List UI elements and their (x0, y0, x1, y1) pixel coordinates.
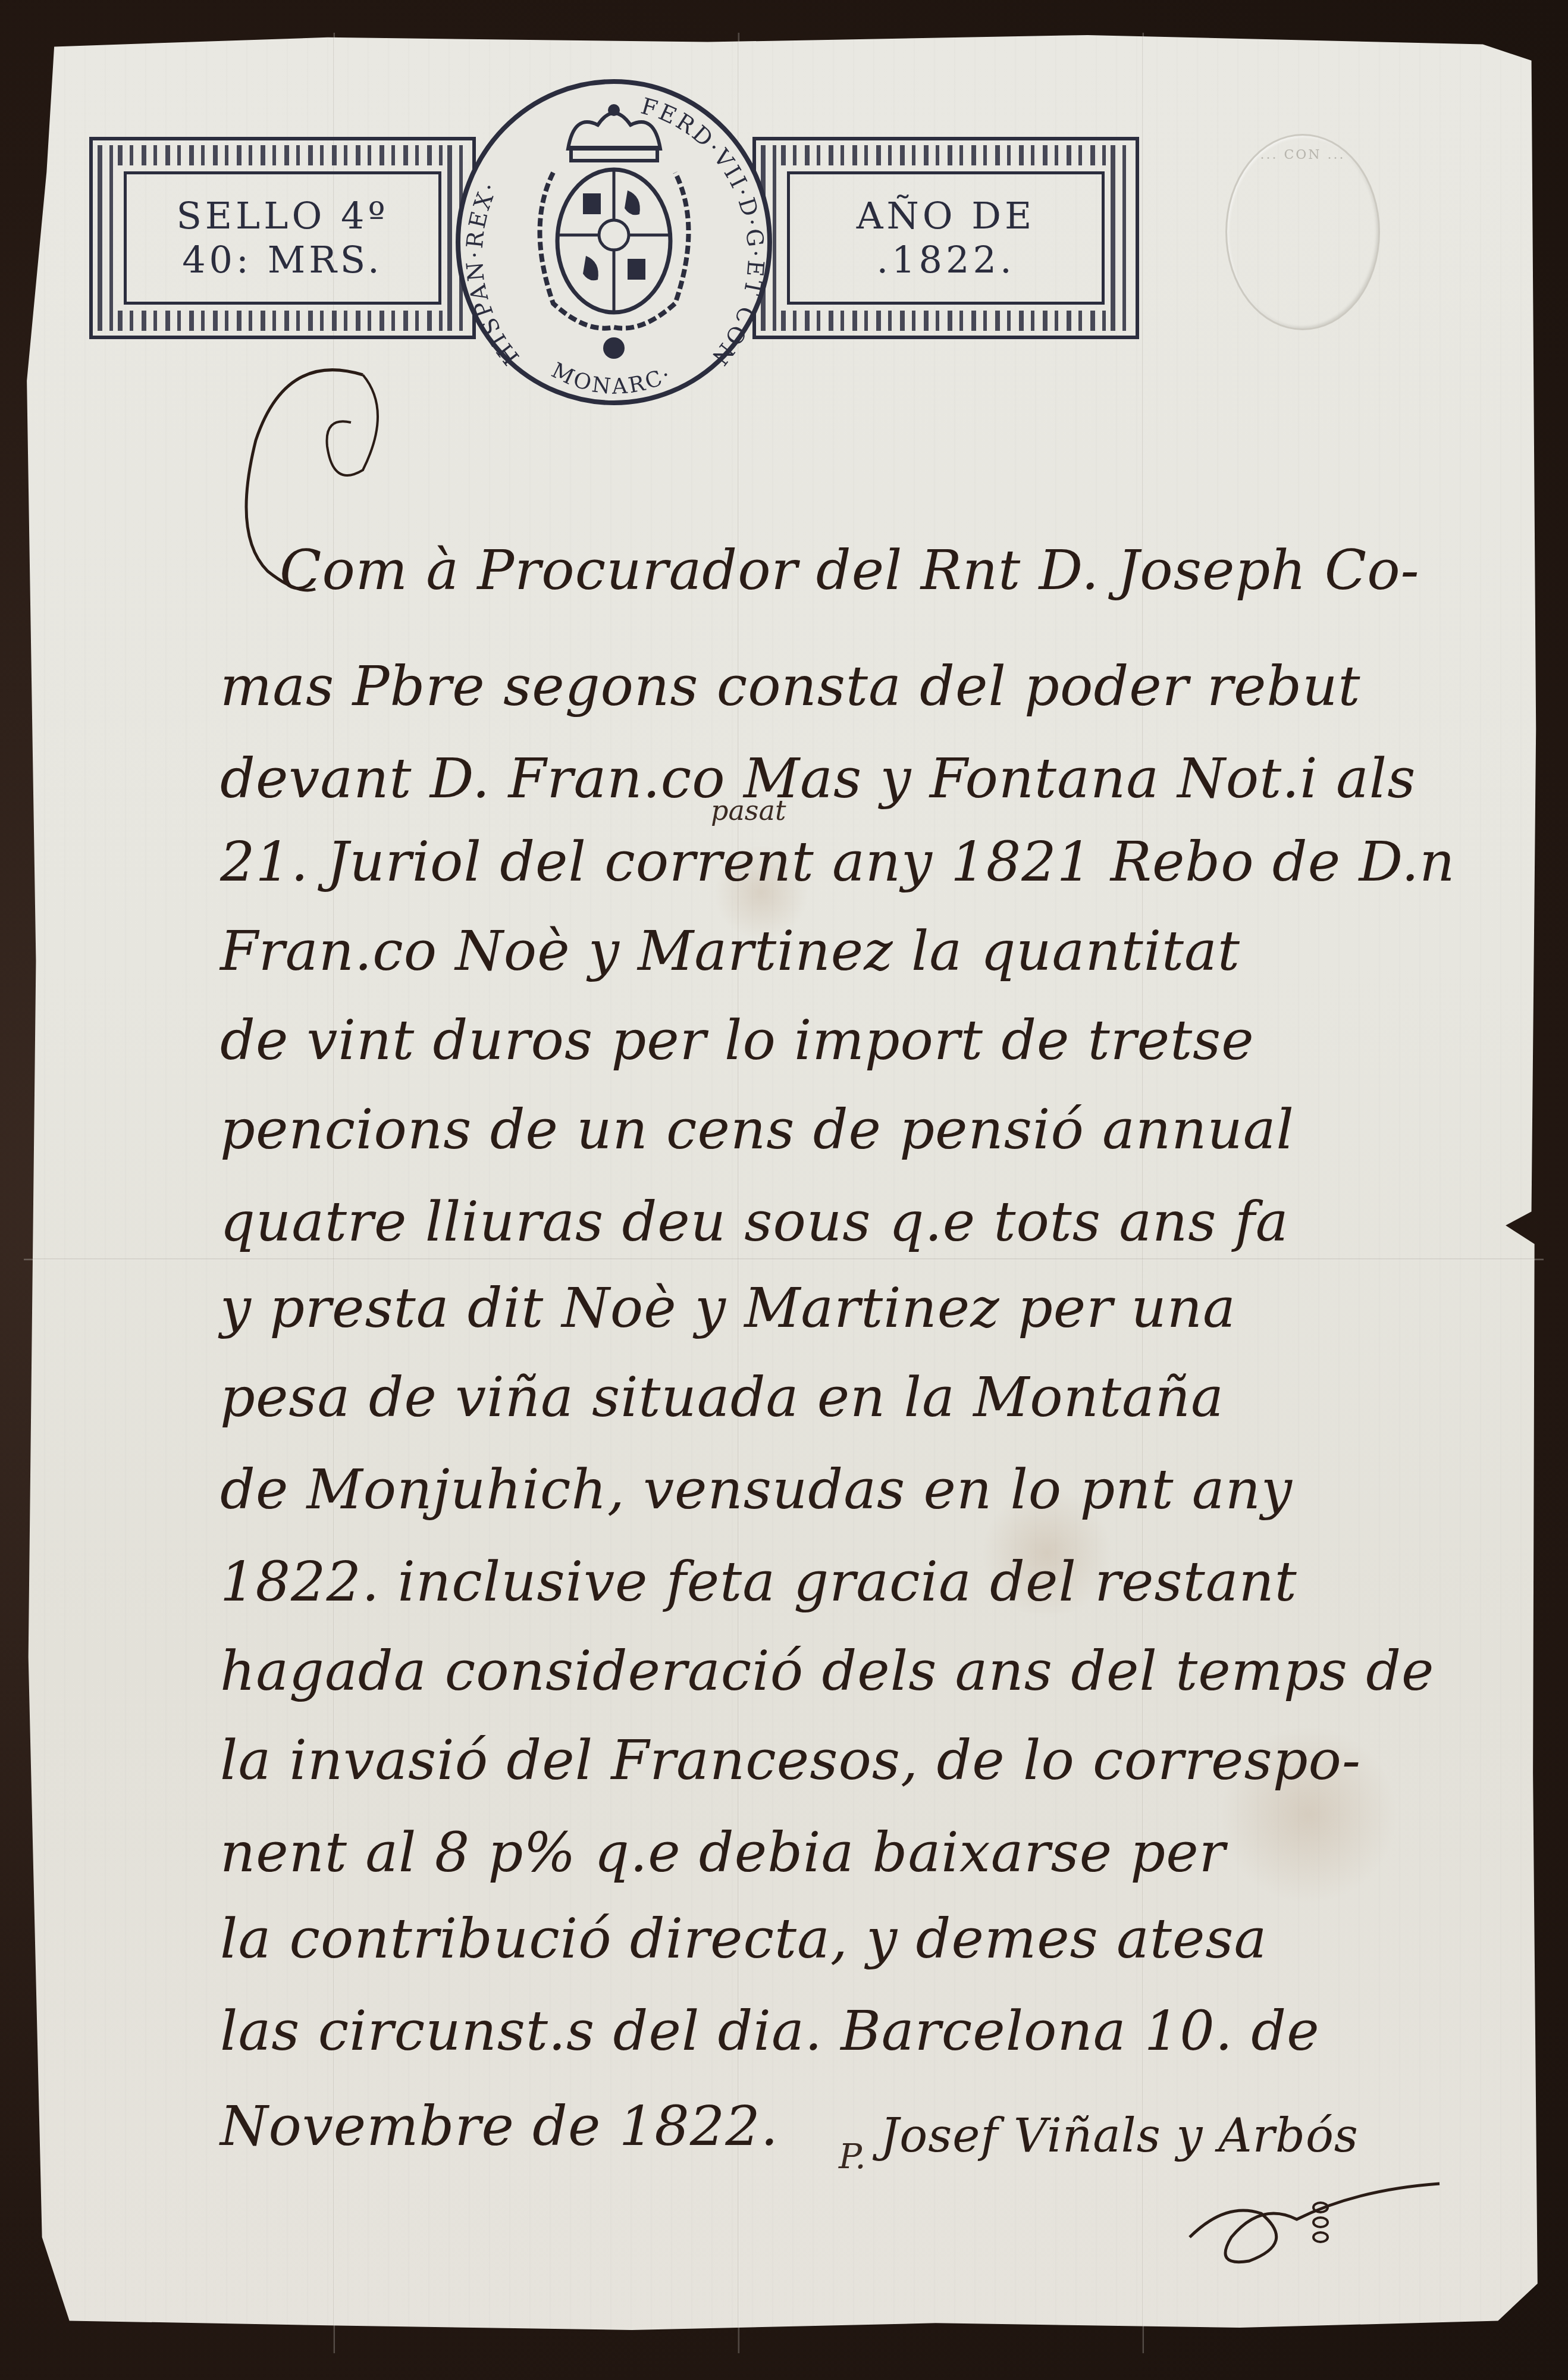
manuscript-line: hagada consideració dels ans del temps d… (220, 1639, 1435, 1703)
interlinear-correction: pasat (711, 794, 786, 826)
signature: Josef Viñals y Arbós (880, 2109, 1359, 2163)
manuscript-line: Fran.co Noè y Martinez la quantitat (220, 919, 1240, 983)
manuscript-line: la contribució directa, y demes atesa (220, 1907, 1267, 1971)
manuscript-line: devant D. Fran.co Mas y Fontana Not.i al… (220, 747, 1416, 810)
manuscript-line: 1822. inclusive feta gracia del restant (220, 1550, 1297, 1614)
manuscript-line: Com à Procurador del Rnt D. Joseph Co- (280, 538, 1420, 602)
royal-seal-icon: HISPAN·REX· FERD·VII·D·G·ET CONST· MONAR… (449, 77, 779, 408)
signature-initial: P. (839, 2136, 866, 2177)
manuscript-line: de vint duros per lo import de tretse (220, 1009, 1255, 1072)
tax-stamp-header: SELLO 4º 40: MRS. AÑO DE .1822. HISPAN·R… (89, 128, 1139, 348)
paper-fold-line (24, 1258, 1544, 1260)
manuscript-line: Novembre de 1822. (220, 2094, 779, 2158)
stamp-year-value: .1822. (876, 238, 1015, 282)
manuscript-line: de Monjuhich, vensudas en lo pnt any (220, 1458, 1293, 1521)
stamp-value-label: 40: MRS. (182, 238, 383, 282)
manuscript-line: pencions de un cens de pensió annual (220, 1098, 1294, 1161)
manuscript-line: quatre lliuras deu sous q.e tots ans fa (220, 1190, 1289, 1254)
signature-rubric-icon (1178, 2166, 1451, 2273)
manuscript-line: pesa de viña situada en la Montaña (220, 1366, 1224, 1429)
stamp-class-label: SELLO 4º (176, 194, 388, 238)
manuscript-line: la invasió del Francesos, de lo correspo… (220, 1728, 1361, 1792)
stamp-year-panel: AÑO DE .1822. (752, 137, 1139, 339)
stamp-year-label: AÑO DE (857, 194, 1036, 238)
manuscript-line: 21. Juriol del corrent any 1821 Rebo de … (220, 830, 1455, 894)
manuscript-line: nent al 8 p% q.e debia baixarse per (220, 1821, 1226, 1884)
embossed-seal: ... CON ... (1225, 134, 1380, 330)
manuscript-line: mas Pbre segons consta del poder rebut (220, 654, 1361, 718)
manuscript-line: y presta dit Noè y Martinez per una (220, 1276, 1236, 1340)
manuscript-line: las circunst.s del dia. Barcelona 10. de (220, 1999, 1320, 2063)
stamp-value-panel: SELLO 4º 40: MRS. (89, 137, 476, 339)
